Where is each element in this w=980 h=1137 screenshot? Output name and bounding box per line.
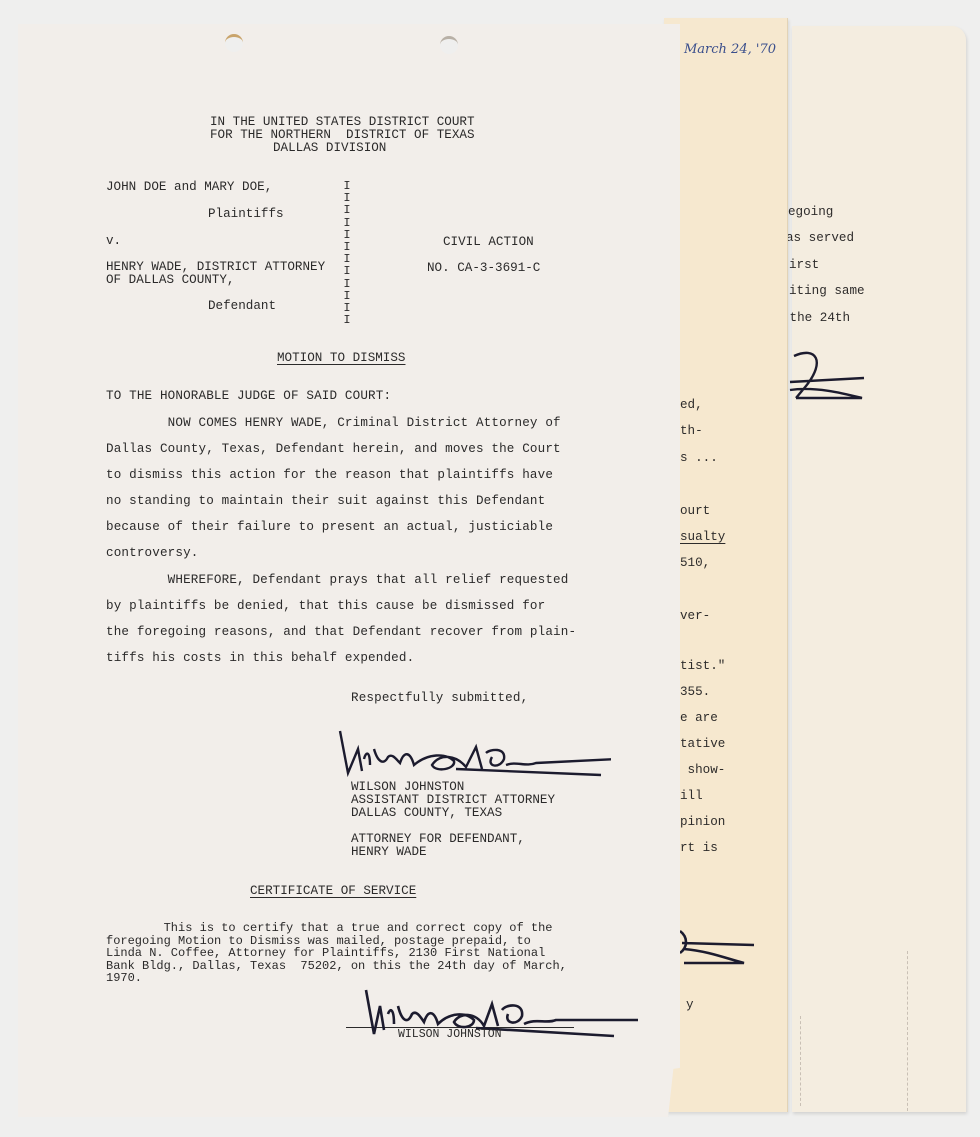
case-type: CIVIL ACTION [443, 236, 534, 249]
middle-fragment: 510, [680, 556, 710, 570]
front-document-page: IN THE UNITED STATES DISTRICT COURT FOR … [18, 24, 680, 1117]
punch-hole [440, 36, 458, 54]
signature-block-line: WILSON JOHNSTON [351, 781, 464, 794]
paragraph-line: because of their failure to present an a… [106, 521, 553, 534]
court-header-line: DALLAS DIVISION [273, 142, 386, 155]
paragraph-line: to dismiss this action for the reason th… [106, 469, 553, 482]
defendant-line: HENRY WADE, DISTRICT ATTORNEY [106, 261, 325, 274]
middle-fragment: e are [680, 711, 718, 725]
certificate-line: 1970. [106, 972, 142, 984]
middle-fragment: ourt [680, 504, 710, 518]
certificate-line: Linda N. Coffee, Attorney for Plaintiffs… [106, 947, 545, 959]
case-number: NO. CA-3-3691-C [427, 262, 540, 275]
certificate-title: CERTIFICATE OF SERVICE [250, 885, 416, 898]
attorney-for-line: ATTORNEY FOR DEFENDANT, [351, 833, 525, 846]
caption-divider-glyph: I [343, 204, 351, 216]
certificate-line: This is to certify that a true and corre… [106, 922, 552, 934]
punch-hole [225, 34, 243, 52]
paragraph-line: the foregoing reasons, and that Defendan… [106, 626, 576, 639]
plaintiffs-names: JOHN DOE and MARY DOE, [106, 181, 272, 194]
signature-block-line: ASSISTANT DISTRICT ATTORNEY [351, 794, 555, 807]
paragraph-line: by plaintiffs be denied, that this cause… [106, 600, 545, 613]
middle-fragment: pinion [680, 815, 725, 829]
middle-fragment: ver- [680, 609, 710, 623]
rear-fragment: irst [789, 258, 819, 272]
caption-divider-glyph: I [343, 265, 351, 277]
middle-signature [678, 923, 758, 973]
handwritten-date: March 24, '70 [684, 42, 776, 57]
middle-fragment: y [686, 998, 694, 1012]
middle-document-page: March 24, '70 ed,th-s ...ourtsualty510,v… [664, 18, 788, 1112]
middle-fragment: th- [680, 424, 703, 438]
certificate-signer: WILSON JOHNSTON [398, 1029, 502, 1041]
attorney-for-line: HENRY WADE [351, 846, 427, 859]
paragraph-line: WHEREFORE, Defendant prays that all reli… [106, 574, 568, 587]
middle-fragment: sualty [680, 530, 725, 544]
motion-title: MOTION TO DISMISS [277, 352, 405, 365]
paragraph-line: tiffs his costs in this behalf expended. [106, 652, 414, 665]
rear-signature [786, 346, 876, 406]
paragraph-line: controversy. [106, 547, 199, 560]
rear-fragment: iting same [789, 284, 865, 298]
caption-divider-glyph: I [343, 217, 351, 229]
plaintiffs-label: Plaintiffs [208, 208, 284, 221]
court-header-line: IN THE UNITED STATES DISTRICT COURT [210, 116, 475, 129]
court-header-line: FOR THE NORTHERN DISTRICT OF TEXAS [210, 129, 475, 142]
middle-fragment: s ... [680, 451, 718, 465]
caption-divider-glyph: I [343, 278, 351, 290]
middle-fragment: ill [680, 789, 703, 803]
middle-fragment: show- [680, 763, 725, 777]
rear-fragment: the 24th [782, 311, 850, 325]
signature-block-line: DALLAS COUNTY, TEXAS [351, 807, 502, 820]
rear-document-page: egoing as served irst iting same the 24t… [792, 26, 966, 1112]
paragraph-line: no standing to maintain their suit again… [106, 495, 545, 508]
defendant-line: OF DALLAS COUNTY, [106, 274, 234, 287]
paragraph-line: NOW COMES HENRY WADE, Criminal District … [106, 417, 561, 430]
versus: v. [106, 235, 121, 248]
salutation: TO THE HONORABLE JUDGE OF SAID COURT: [106, 390, 391, 403]
certificate-line: foregoing Motion to Dismiss was mailed, … [106, 935, 531, 947]
rear-fragment: as served [786, 231, 854, 245]
caption-divider: IIIIIIIIIIII [343, 180, 351, 326]
middle-fragment: ed, [680, 398, 703, 412]
closing: Respectfully submitted, [351, 692, 528, 705]
rear-fragment: egoing [788, 205, 833, 219]
middle-fragment: tative [680, 737, 725, 751]
defendant-label: Defendant [208, 300, 276, 313]
middle-fragment: 355. [680, 685, 710, 699]
middle-fragment: rt is [680, 841, 718, 855]
certificate-line: Bank Bldg., Dallas, Texas 75202, on this… [106, 960, 567, 972]
caption-divider-glyph: I [343, 314, 351, 326]
paragraph-line: Dallas County, Texas, Defendant herein, … [106, 443, 561, 456]
middle-fragment: tist." [680, 659, 725, 673]
